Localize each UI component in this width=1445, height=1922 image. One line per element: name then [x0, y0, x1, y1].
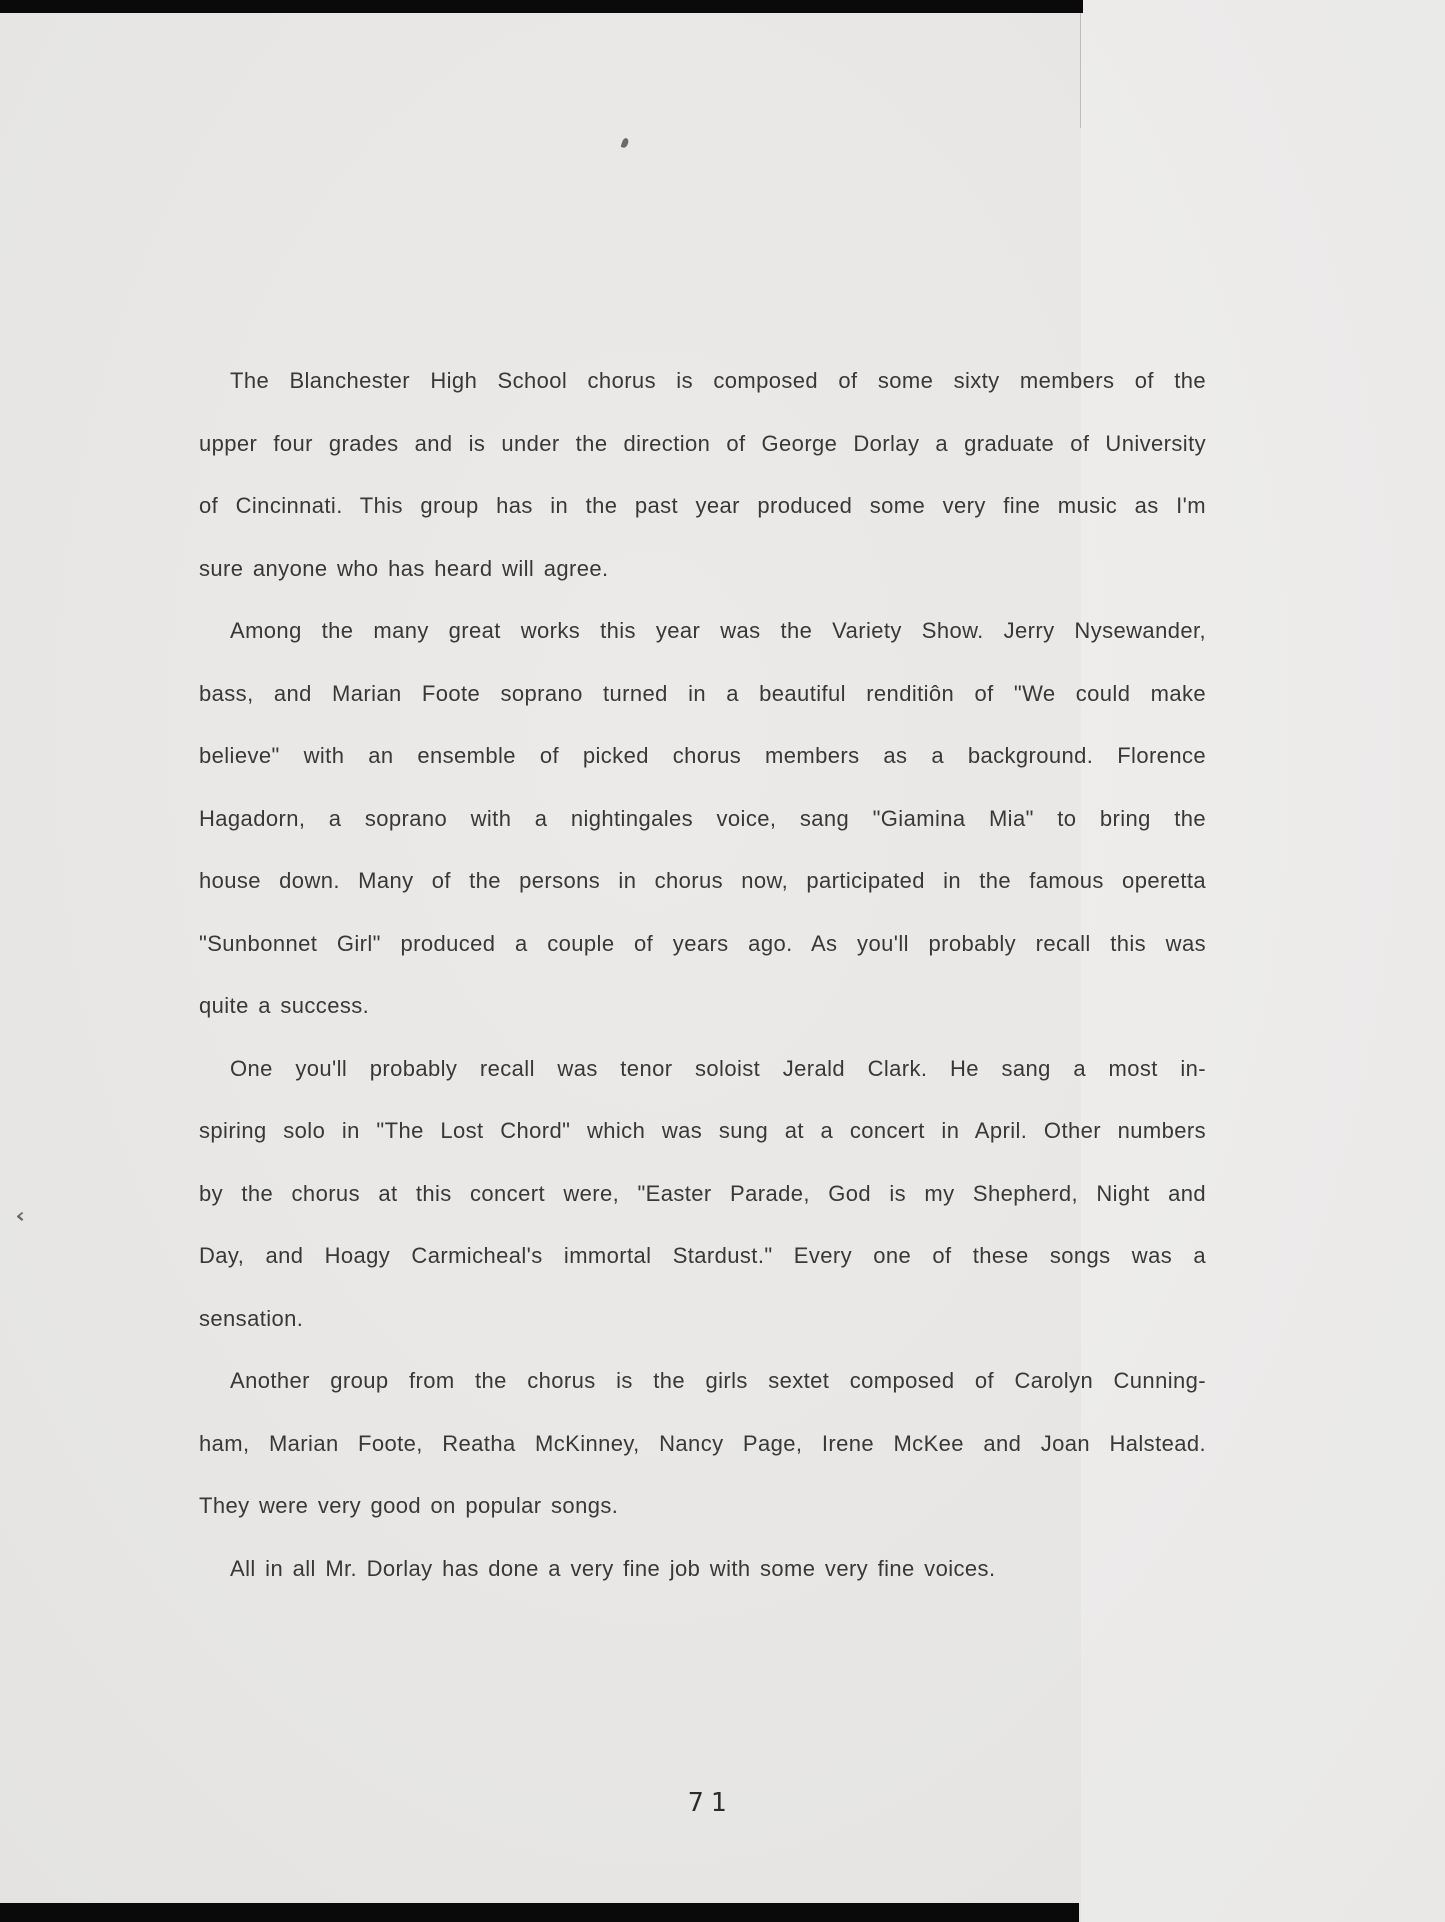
- top-edge-bar: [0, 0, 1083, 13]
- text-line: All in all Mr. Dorlay has done a very fi…: [199, 1538, 1206, 1601]
- dust-mark: [621, 137, 630, 148]
- text-line: upper four grades and is under the direc…: [199, 413, 1206, 476]
- text-line: house down. Many of the persons in choru…: [199, 850, 1206, 913]
- text-line: sure anyone who has heard will agree.: [199, 538, 1206, 601]
- text-line: spiring solo in "The Lost Chord" which w…: [199, 1100, 1206, 1163]
- page-crease-line: [1080, 0, 1081, 128]
- text-line: by the chorus at this concert were, "Eas…: [199, 1163, 1206, 1226]
- text-line: sensation.: [199, 1288, 1206, 1351]
- text-line: of Cincinnati. This group has in the pas…: [199, 475, 1206, 538]
- text-line: ham, Marian Foote, Reatha McKinney, Nanc…: [199, 1413, 1206, 1476]
- text-line: The Blanchester High School chorus is co…: [199, 350, 1206, 413]
- text-line: They were very good on popular songs.: [199, 1475, 1206, 1538]
- text-line: Another group from the chorus is the gir…: [199, 1350, 1206, 1413]
- text-line: Hagadorn, a soprano with a nightingales …: [199, 788, 1206, 851]
- dust-mark: [17, 1212, 26, 1221]
- text-line: bass, and Marian Foote soprano turned in…: [199, 663, 1206, 726]
- chorus-text-block: The Blanchester High School chorus is co…: [199, 350, 1206, 1600]
- scanned-page: The Blanchester High School chorus is co…: [0, 0, 1445, 1922]
- text-line: Among the many great works this year was…: [199, 600, 1206, 663]
- bottom-edge-bar: [0, 1903, 1079, 1922]
- text-line: "Sunbonnet Girl" produced a couple of ye…: [199, 913, 1206, 976]
- text-line: Day, and Hoagy Carmicheal's immortal Sta…: [199, 1225, 1206, 1288]
- page-number: 71: [688, 1788, 733, 1818]
- text-line: believe" with an ensemble of picked chor…: [199, 725, 1206, 788]
- text-line: One you'll probably recall was tenor sol…: [199, 1038, 1206, 1101]
- text-line: quite a success.: [199, 975, 1206, 1038]
